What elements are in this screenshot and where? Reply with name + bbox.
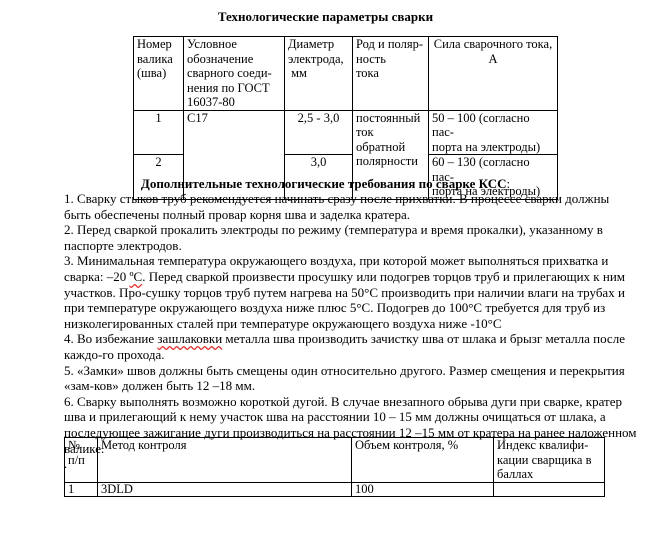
cell-line: ток обратной — [356, 125, 425, 154]
header-line: тока — [356, 66, 425, 81]
spellcheck-flagged-word[interactable]: ºС — [130, 269, 143, 284]
requirements-title: Дополнительные технологические требовани… — [0, 176, 651, 192]
header-line: электрода, — [288, 52, 349, 67]
header-line: Индекс квалифи- — [497, 438, 601, 453]
requirement-item-1: 1. Сварку стыков труб рекомендуется начи… — [64, 191, 639, 222]
cell-line: порта на электроды) — [432, 140, 554, 155]
header-line: А — [432, 52, 554, 67]
header-current-type: Род и поляр- ность тока — [353, 37, 429, 111]
requirement-text: 4. Во избежание — [64, 331, 157, 346]
header-line: мм — [288, 66, 349, 81]
cell-volume: 100 — [352, 482, 494, 496]
requirement-item-5: 5. «Замки» швов должны быть смещены один… — [64, 363, 639, 394]
cell-line: 50 – 100 (согласно пас- — [432, 111, 554, 140]
header-control-volume: Объем контроля, % — [352, 438, 494, 483]
cell-index — [494, 482, 605, 496]
header-pass-number: Номер валика (шва) — [134, 37, 184, 111]
header-line: (шва) — [137, 66, 180, 81]
header-line: Сила сварочного тока, — [432, 37, 554, 52]
header-number: № п/п — [65, 438, 98, 483]
header-line: № — [68, 438, 94, 453]
requirement-text: . Перед сваркой произвести просушку или … — [64, 269, 625, 331]
table-row: 1 С17 2,5 - 3,0 постоянный ток обратной … — [134, 110, 558, 155]
header-qualification-index: Индекс квалифи- кации сварщика в баллах — [494, 438, 605, 483]
table-header-row: Номер валика (шва) Условное обозначение … — [134, 37, 558, 111]
header-line: кации сварщика в — [497, 453, 601, 468]
header-line: сварного соеди- — [187, 66, 281, 81]
header-line: баллах — [497, 467, 601, 482]
header-line: п/п — [68, 453, 94, 468]
table-row: 1 3DLD 100 — [65, 482, 605, 496]
header-line: Род и поляр- — [356, 37, 425, 52]
requirements-list: 1. Сварку стыков труб рекомендуется начи… — [64, 191, 639, 472]
table-header-row: № п/п Метод контроля Объем контроля, % И… — [65, 438, 605, 483]
header-electrode-diameter: Диаметр электрода, мм — [285, 37, 353, 111]
header-line: нения по ГОСТ — [187, 81, 281, 96]
header-control-method: Метод контроля — [98, 438, 352, 483]
inspection-table: № п/п Метод контроля Объем контроля, % И… — [64, 437, 605, 497]
header-line: валика — [137, 52, 180, 67]
header-welding-current: Сила сварочного тока, А — [429, 37, 558, 111]
cell-pass: 1 — [134, 110, 184, 155]
welding-parameters-table: Номер валика (шва) Условное обозначение … — [133, 36, 558, 200]
cell-number: 1 — [65, 482, 98, 496]
requirement-item-3: 3. Минимальная температура окружающего в… — [64, 253, 639, 331]
requirements-title-colon: : — [507, 176, 511, 191]
requirement-item-4: 4. Во избежание зашлаковки металла шва п… — [64, 331, 639, 362]
header-line: Номер — [137, 37, 180, 52]
document-title: Технологические параметры сварки — [0, 9, 651, 25]
header-line: Диаметр — [288, 37, 349, 52]
cell-line: полярности — [356, 154, 425, 169]
cell-method: 3DLD — [98, 482, 352, 496]
requirement-item-2: 2. Перед сваркой прокалить электроды по … — [64, 222, 639, 253]
header-line: ность — [356, 52, 425, 67]
requirements-title-text: Дополнительные технологические требовани… — [141, 176, 507, 191]
spellcheck-flagged-word[interactable]: зашлаковки — [157, 331, 222, 346]
header-line: Условное — [187, 37, 281, 52]
cell-current: 50 – 100 (согласно пас- порта на электро… — [429, 110, 558, 155]
cell-line: постоянный — [356, 111, 425, 126]
header-joint-designation: Условное обозначение сварного соеди- нен… — [184, 37, 285, 111]
cell-diameter: 2,5 - 3,0 — [285, 110, 353, 155]
header-line: 16037-80 — [187, 95, 281, 110]
header-line: обозначение — [187, 52, 281, 67]
